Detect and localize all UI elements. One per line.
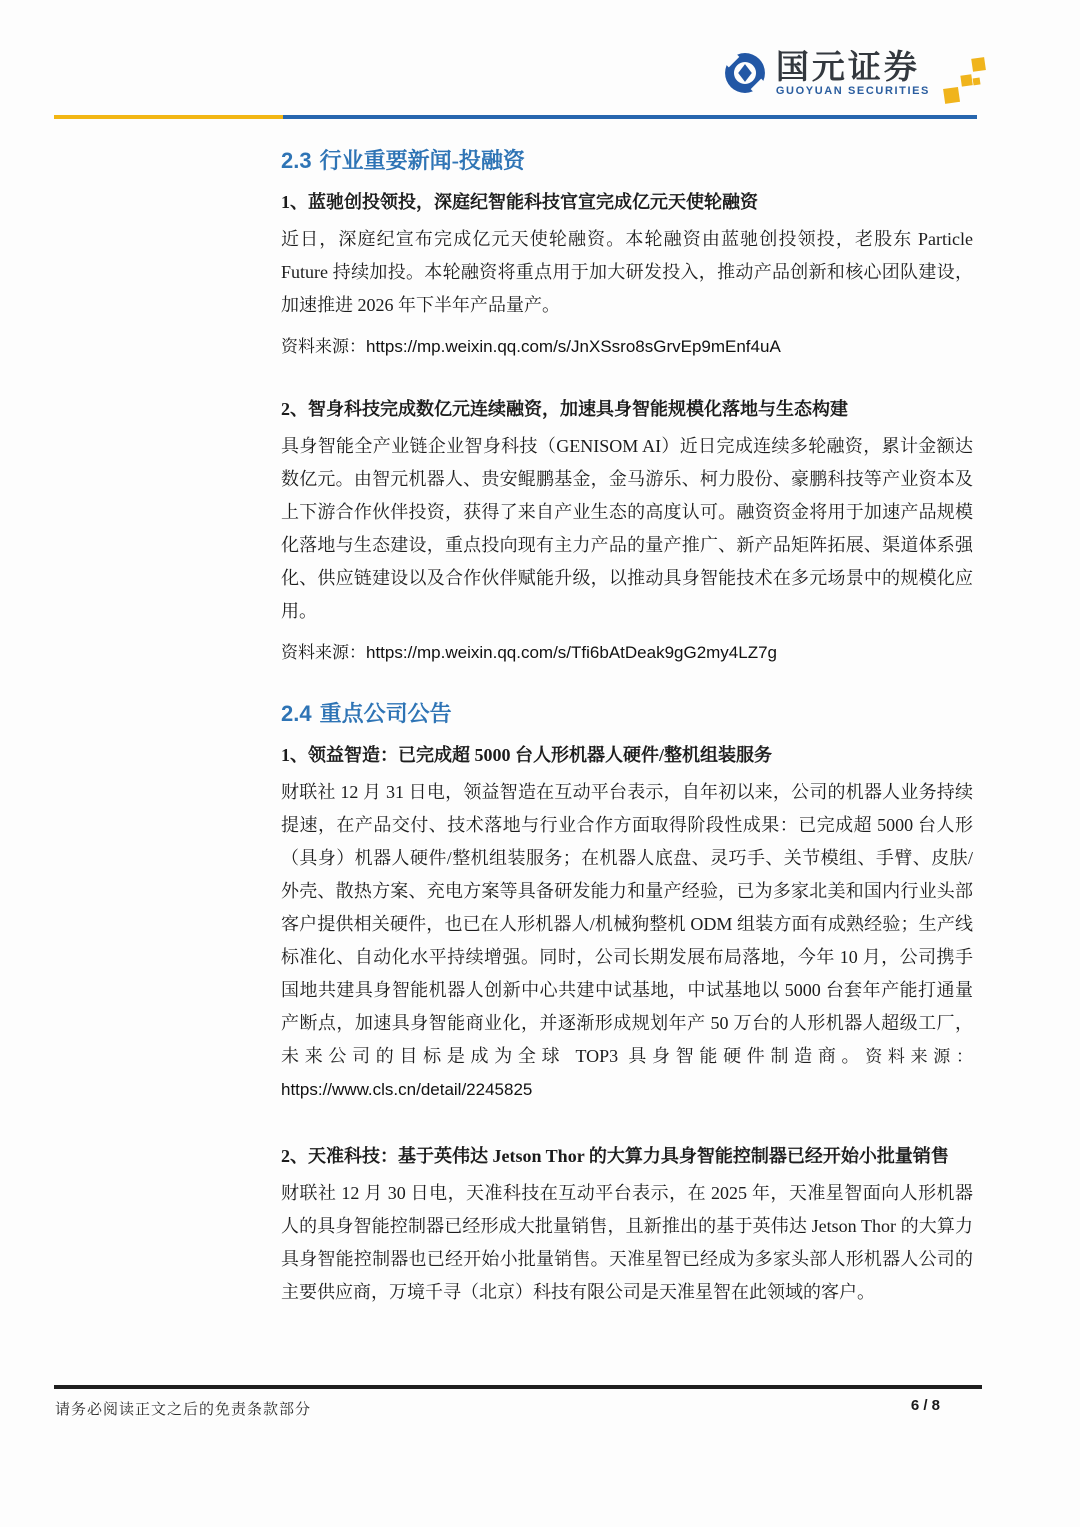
brand-name-english: GUOYUAN SECURITIES — [776, 86, 930, 97]
source-url-link[interactable]: https://www.cls.cn/detail/2245825 — [281, 1080, 532, 1099]
source-label: 资料来源： — [865, 1047, 973, 1066]
news-item-2-source: 资料来源：https://mp.weixin.qq.com/s/Tfi6bAtD… — [281, 636, 973, 669]
brand-name-chinese: 国元证券 — [776, 50, 920, 83]
announcement-item-1-title: 1、领益智造：已完成超 5000 台人形机器人硬件/整机组装服务 — [281, 739, 973, 772]
announcement-item-2-title: 2、天准科技：基于英伟达 Jetson Thor 的大算力具身智能控制器已经开始… — [281, 1140, 973, 1173]
source-url-link[interactable]: https://mp.weixin.qq.com/s/Tfi6bAtDeak9g… — [366, 643, 777, 662]
header-divider-gold-segment — [54, 115, 283, 119]
section-2-3-heading: 2.3行业重要新闻-投融资 — [281, 146, 973, 176]
news-item-2-title: 2、智身科技完成数亿元连续融资，加速具身智能规模化落地与生态构建 — [281, 393, 973, 426]
news-item-1-body: 近日，深庭纪宣布完成亿元天使轮融资。本轮融资由蓝驰创投领投，老股东 Partic… — [281, 223, 973, 322]
page-number: 6 / 8 — [911, 1397, 940, 1414]
header-divider — [54, 115, 977, 119]
announcement-item-1-text: 财联社 12 月 31 日电，领益智造在互动平台表示，自年初以来，公司的机器人业… — [281, 782, 973, 1066]
news-item-1-source: 资料来源：https://mp.weixin.qq.com/s/JnXSsro8… — [281, 330, 973, 363]
brand-pixel-decoration-icon — [942, 54, 988, 106]
announcement-item-2-body: 财联社 12 月 30 日电，天准科技在互动平台表示，在 2025 年，天准星智… — [281, 1177, 973, 1309]
section-2-3-number: 2.3 — [281, 148, 312, 173]
header-divider-blue-segment — [283, 115, 977, 119]
brand-text-block: 国元证券 GUOYUAN SECURITIES — [776, 50, 930, 97]
source-label: 资料来源： — [281, 643, 366, 662]
footer-divider — [54, 1385, 982, 1389]
section-2-4-number: 2.4 — [281, 701, 312, 726]
news-item-1-title: 1、蓝驰创投领投，深庭纪智能科技官宣完成亿元天使轮融资 — [281, 186, 973, 219]
source-url-link[interactable]: https://mp.weixin.qq.com/s/JnXSsro8sGrvE… — [366, 337, 781, 356]
guoyuan-logo-icon — [724, 52, 766, 94]
announcement-item-1-body: 财联社 12 月 31 日电，领益智造在互动平台表示，自年初以来，公司的机器人业… — [281, 776, 973, 1106]
report-body: 2.3行业重要新闻-投融资 1、蓝驰创投领投，深庭纪智能科技官宣完成亿元天使轮融… — [281, 146, 973, 1309]
section-2-3-title: 行业重要新闻-投融资 — [320, 148, 525, 173]
section-2-4-heading: 2.4重点公司公告 — [281, 699, 973, 729]
source-label: 资料来源： — [281, 337, 366, 356]
footer-disclaimer: 请务必阅读正文之后的免责条款部分 — [55, 1398, 311, 1419]
news-item-2-body: 具身智能全产业链企业智身科技（GENISOM AI）近日完成连续多轮融资，累计金… — [281, 430, 973, 628]
section-2-4-title: 重点公司公告 — [320, 701, 452, 726]
report-header: 国元证券 GUOYUAN SECURITIES — [724, 40, 988, 106]
